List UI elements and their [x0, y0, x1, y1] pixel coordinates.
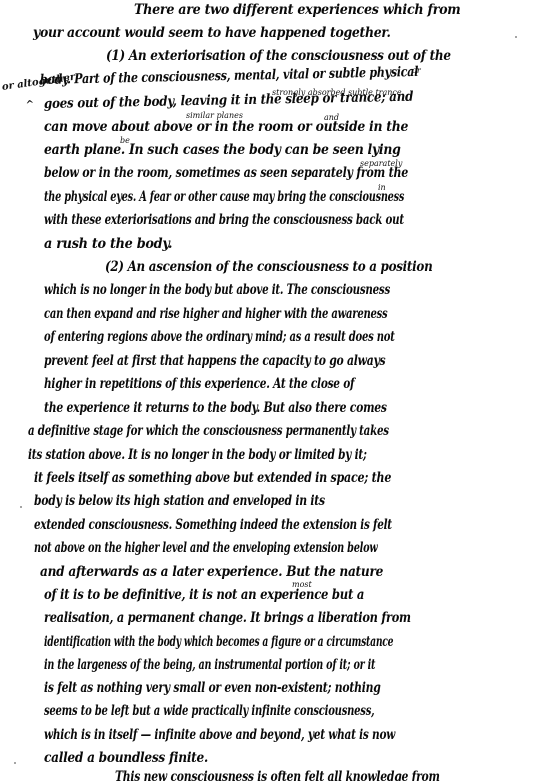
letter-line: identification with the body which becom…	[44, 634, 393, 650]
interlinear-insertion: and	[324, 113, 339, 122]
letter-line: and afterwards as a later experience. Bu…	[40, 564, 383, 580]
paper-speck	[14, 762, 16, 764]
letter-line: in the largeness of the being, an instru…	[44, 657, 375, 673]
handwritten-letter-page: There are two different experiences whic…	[0, 0, 543, 781]
interlinear-insertion: in	[378, 183, 386, 192]
interlinear-insertion: or	[412, 66, 421, 75]
letter-line: not above on the higher level and the en…	[34, 540, 378, 556]
letter-line: higher in repetitions of this experience…	[44, 376, 354, 392]
margin-caret-mark: ^	[25, 99, 35, 111]
letter-line-paragraph-1: (1) An exteriorisation of the consciousn…	[106, 48, 451, 64]
letter-line: the physical eyes. A fear or other cause…	[44, 189, 404, 205]
interlinear-insertion: most	[292, 580, 312, 589]
letter-line-paragraph-2: (2) An ascension of the consciousness to…	[105, 259, 432, 275]
letter-line: your account would seem to have happened…	[33, 25, 391, 41]
letter-line: extended consciousness. Something indeed…	[34, 517, 392, 533]
margin-note: or altogether	[1, 72, 76, 93]
letter-line: called a boundless finite.	[44, 750, 208, 766]
paper-speck	[515, 36, 517, 38]
letter-line: seems to be left but a wide practically …	[44, 703, 374, 719]
letter-line-paragraph-3: This new consciousness is often felt all…	[115, 769, 440, 781]
letter-line: below or in the room, sometimes as seen …	[44, 165, 408, 181]
letter-line: is felt as nothing very small or even no…	[44, 680, 381, 696]
letter-line: can move about above or in the room or o…	[44, 119, 408, 135]
interlinear-insertion: be	[120, 136, 130, 145]
letter-line: which is in itself — infinite above and …	[44, 727, 395, 743]
letter-line: of entering regions above the ordinary m…	[44, 329, 395, 345]
letter-line: it feels itself as something above but e…	[34, 470, 391, 486]
letter-line: of it is to be definitive, it is not an …	[44, 587, 364, 603]
letter-line: body is below its high station and envel…	[34, 493, 325, 509]
interlinear-insertion: separately	[360, 159, 402, 168]
letter-line: prevent feel at first that happens the c…	[44, 353, 385, 369]
letter-line: with these exteriorisations and bring th…	[44, 212, 404, 228]
paper-speck	[20, 506, 22, 508]
interlinear-insertion: strongly absorbed subtle trance	[272, 88, 402, 97]
letter-line: a rush to the body.	[44, 236, 172, 252]
letter-line: body. Part of the consciousness, mental,…	[40, 64, 418, 88]
letter-line: There are two different experiences whic…	[134, 2, 460, 18]
letter-line: the experience it returns to the body. B…	[44, 400, 387, 416]
letter-line: which is no longer in the body but above…	[44, 282, 390, 298]
letter-line: earth plane. In such cases the body can …	[44, 142, 401, 158]
letter-line: realisation, a permanent change. It brin…	[44, 610, 411, 626]
interlinear-insertion: similar planes	[186, 111, 243, 120]
letter-line: can then expand and rise higher and high…	[44, 306, 387, 322]
letter-line: its station above. It is no longer in th…	[28, 447, 367, 463]
letter-line: a definitive stage for which the conscio…	[28, 423, 389, 439]
